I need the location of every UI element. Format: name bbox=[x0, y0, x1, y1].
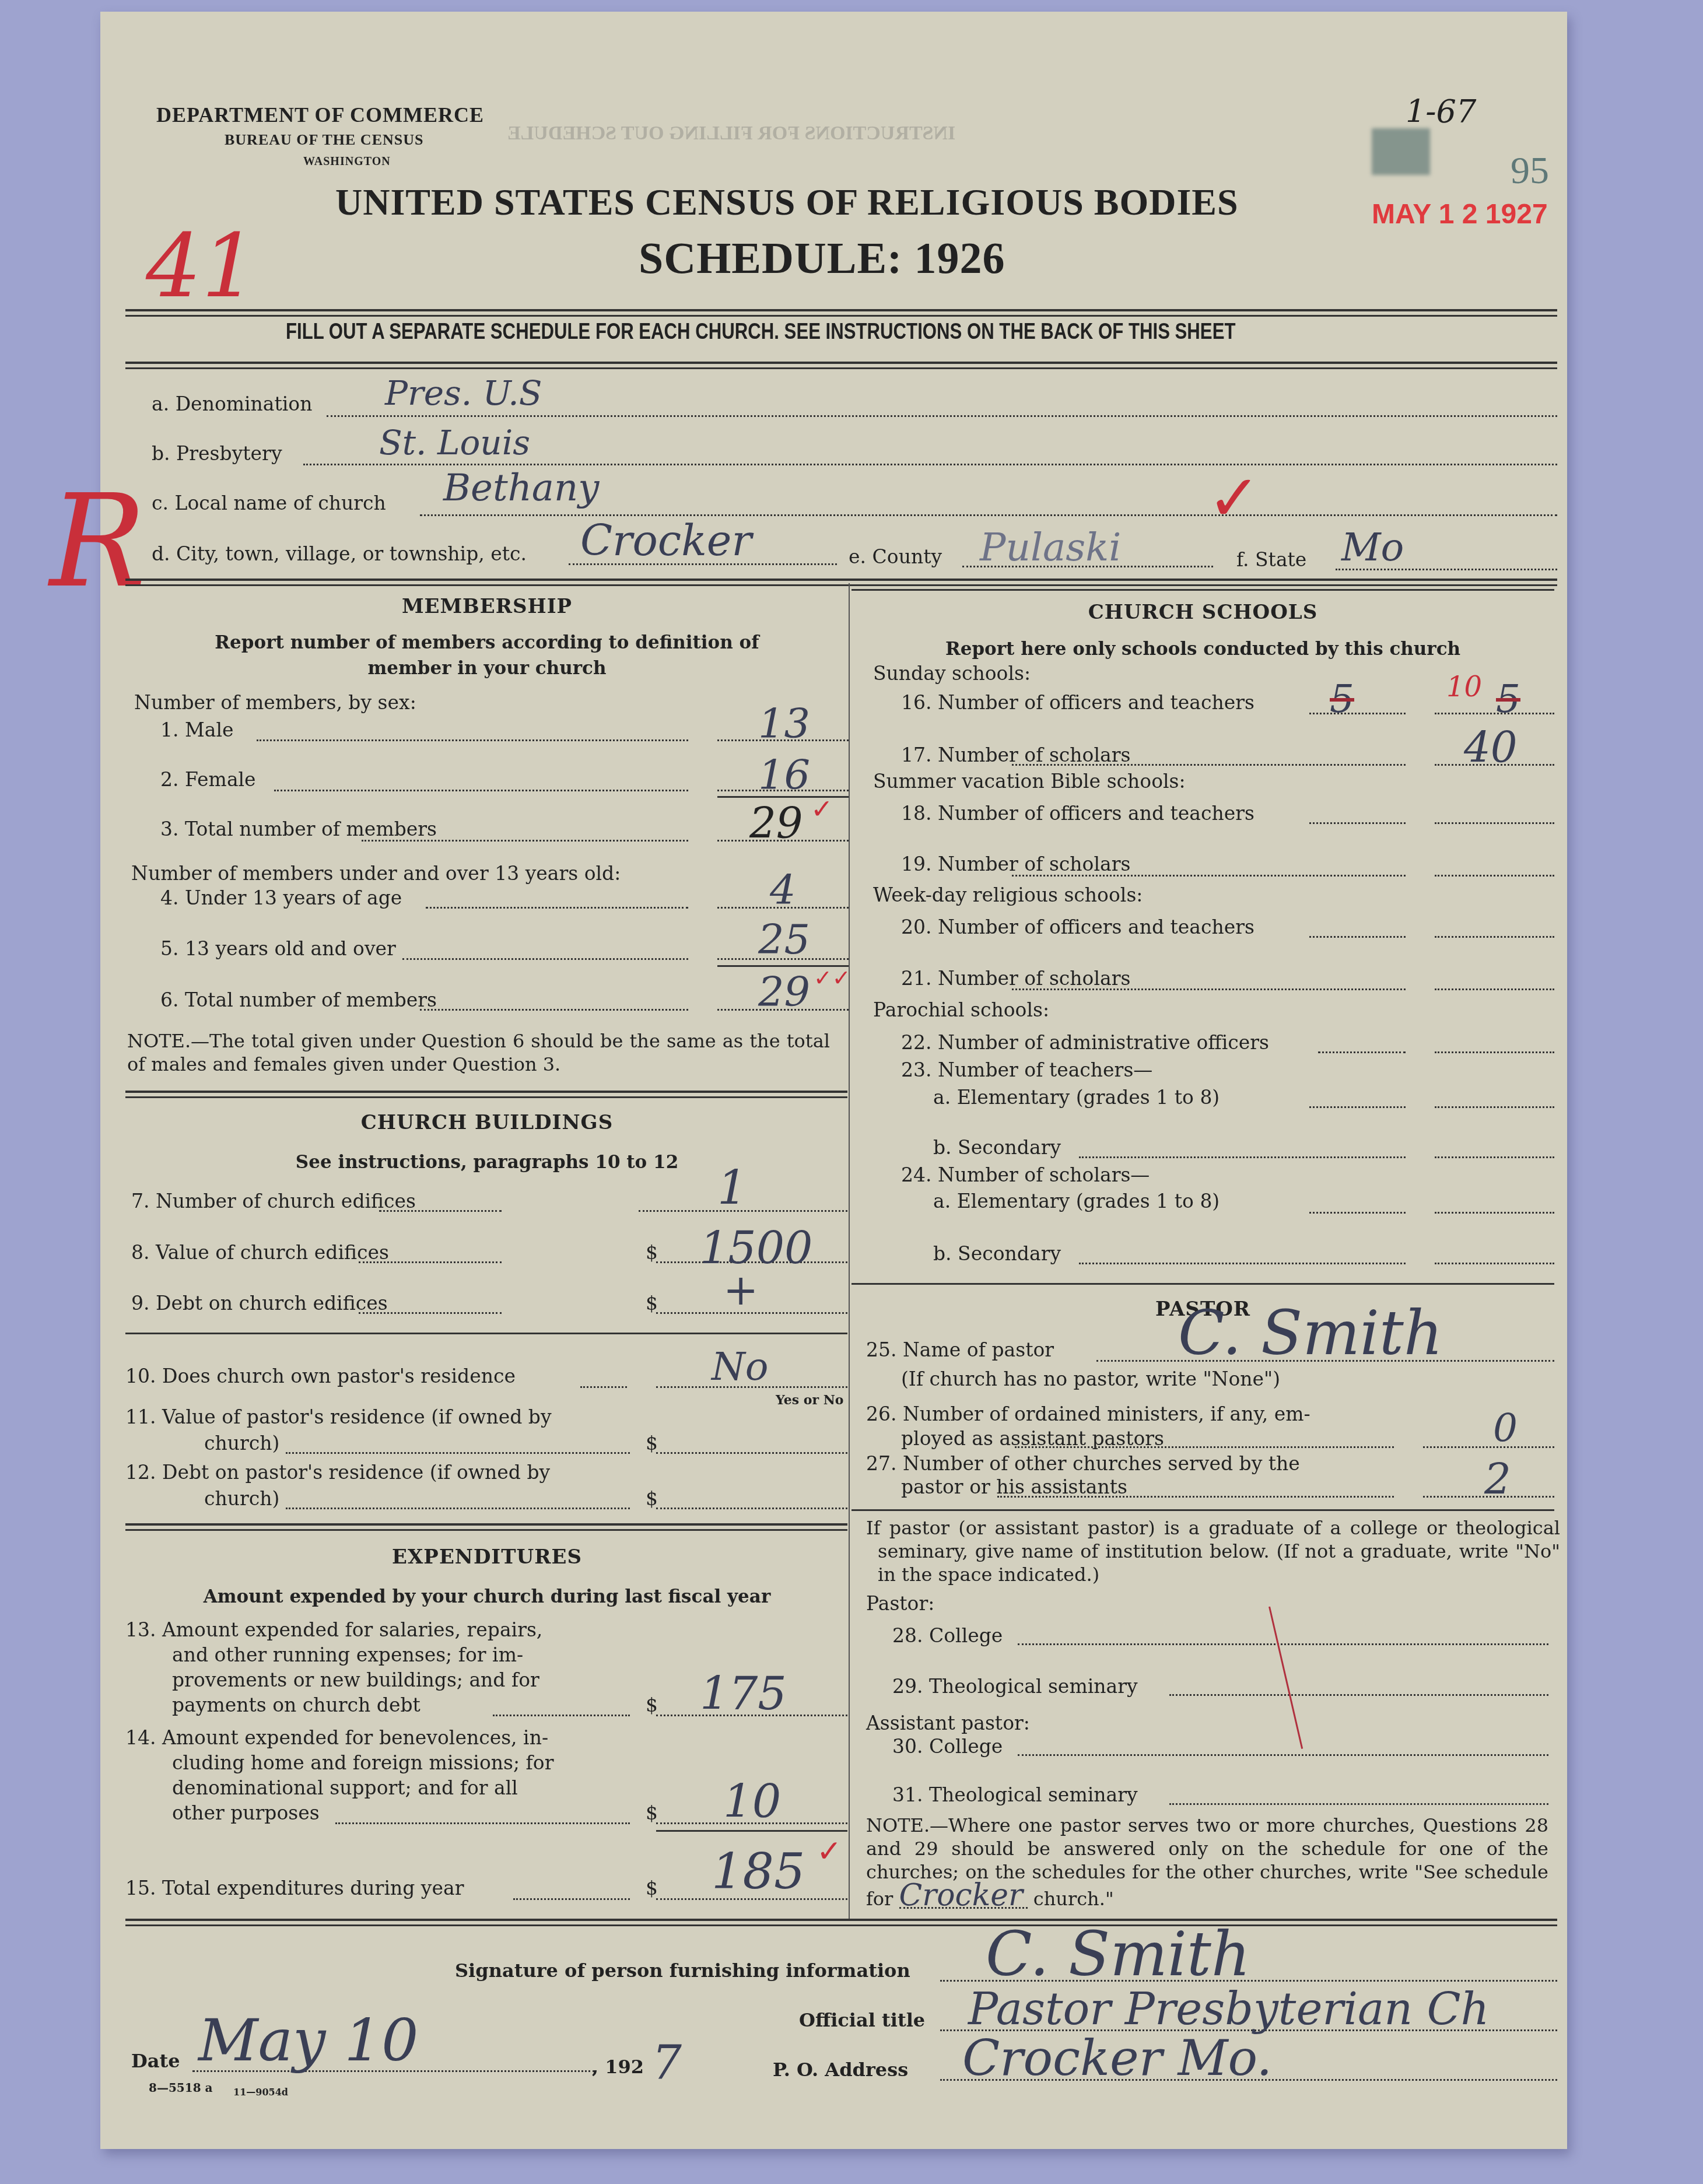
leader-dots bbox=[997, 1496, 1394, 1498]
pastor-name-label: 25. Name of pastor bbox=[866, 1338, 1054, 1361]
q22-field-a[interactable] bbox=[1318, 1051, 1406, 1053]
check-icon: ✓ bbox=[811, 793, 833, 825]
q24-label: 24. Number of scholars— bbox=[901, 1163, 1150, 1186]
signature-value: C. Smith bbox=[986, 1919, 1250, 1990]
bureau-name: BUREAU OF THE CENSUS bbox=[225, 131, 423, 149]
benevolences-label-4: other purposes bbox=[172, 1801, 320, 1824]
schools-heading: CHURCH SCHOOLS bbox=[851, 601, 1554, 624]
edifices-debt-label: 9. Debt on church edifices bbox=[131, 1292, 388, 1314]
divider bbox=[125, 579, 1557, 581]
total-members-2-label: 6. Total number of members bbox=[160, 988, 437, 1011]
q23b-field-b[interactable] bbox=[1435, 1156, 1554, 1158]
residence-debt-label-cont: church) bbox=[204, 1487, 279, 1510]
presbytery-label: b. Presbytery bbox=[152, 442, 282, 465]
q23b-field-a[interactable] bbox=[1079, 1156, 1406, 1158]
male-label: 1. Male bbox=[160, 718, 234, 741]
edifices-count-label: 7. Number of church edifices bbox=[131, 1190, 416, 1212]
residence-value-field[interactable] bbox=[656, 1452, 847, 1454]
q16-field-a[interactable] bbox=[1309, 713, 1406, 714]
presbytery-value: St. Louis bbox=[379, 423, 530, 462]
salaries-value: 175 bbox=[700, 1668, 787, 1720]
stamp-number: 95 bbox=[1511, 149, 1549, 193]
currency-symbol: $ bbox=[646, 1432, 658, 1454]
female-label: 2. Female bbox=[160, 768, 256, 791]
q17-value: 40 bbox=[1464, 723, 1518, 772]
owns-residence-value: No bbox=[712, 1344, 769, 1389]
see-schedule-for-value[interactable]: Crocker bbox=[899, 1884, 1028, 1909]
q21-label: 21. Number of scholars bbox=[901, 967, 1130, 990]
local-name-label: c. Local name of church bbox=[152, 492, 386, 514]
q16-field-b[interactable] bbox=[1435, 713, 1554, 714]
red-file-number: 41 bbox=[146, 216, 257, 317]
leader-dots bbox=[286, 1508, 630, 1509]
q20-field-a[interactable] bbox=[1309, 936, 1406, 938]
expenditures-subheading: Amount expended by your church during la… bbox=[125, 1586, 849, 1607]
red-review-mark: R bbox=[50, 467, 146, 616]
county-label: e. County bbox=[849, 545, 942, 568]
denomination-field[interactable] bbox=[327, 415, 1557, 417]
benevolences-value: 10 bbox=[723, 1776, 781, 1828]
q21-field[interactable] bbox=[1435, 988, 1554, 990]
seminary-label: 29. Theological seminary bbox=[892, 1675, 1138, 1698]
state-value: Mo bbox=[1341, 525, 1404, 570]
seminary-field[interactable] bbox=[1169, 1694, 1548, 1696]
divider bbox=[125, 1091, 847, 1093]
q24a-field-a[interactable] bbox=[1309, 1212, 1406, 1214]
schedule-title: SCHEDULE: 1926 bbox=[639, 233, 1005, 284]
edifices-count-value: 1 bbox=[717, 1161, 747, 1215]
currency-symbol: $ bbox=[646, 1241, 658, 1264]
benevolences-label: 14. Amount expended for benevolences, in… bbox=[125, 1726, 548, 1749]
q23b-label: b. Secondary bbox=[933, 1136, 1061, 1159]
divider bbox=[125, 1333, 847, 1334]
year-value: 7 bbox=[652, 2035, 682, 2090]
divider bbox=[125, 309, 1557, 311]
edifices-debt-value: + bbox=[723, 1265, 758, 1314]
leader-dots bbox=[362, 840, 688, 842]
asst-college-field[interactable] bbox=[1018, 1754, 1548, 1756]
leader-dots bbox=[359, 1312, 502, 1314]
city-name: WASHINGTON bbox=[303, 155, 391, 169]
leader-dots bbox=[493, 1715, 630, 1716]
leader-dots bbox=[359, 1261, 502, 1263]
q23a-label: a. Elementary (grades 1 to 8) bbox=[933, 1086, 1220, 1109]
leader-dots bbox=[1015, 1446, 1394, 1448]
denomination-label: a. Denomination bbox=[152, 392, 312, 415]
pastor-group-label: Pastor: bbox=[866, 1592, 934, 1615]
leader-dots bbox=[286, 1452, 630, 1454]
summer-schools-label: Summer vacation Bible schools: bbox=[873, 770, 1186, 793]
leader-dots bbox=[420, 1009, 688, 1011]
q22-field-b[interactable] bbox=[1435, 1051, 1554, 1053]
q16-label: 16. Number of officers and teachers bbox=[901, 691, 1255, 714]
date-label: Date bbox=[131, 2050, 180, 2072]
benevolences-label-2: cluding home and foreign missions; for bbox=[172, 1751, 553, 1774]
currency-symbol: $ bbox=[646, 1801, 658, 1824]
divider bbox=[125, 362, 1557, 364]
state-label: f. State bbox=[1236, 548, 1306, 571]
po-address-value: Crocker Mo. bbox=[962, 2029, 1272, 2087]
q20-label: 20. Number of officers and teachers bbox=[901, 916, 1255, 938]
date-value: May 10 bbox=[198, 2006, 419, 2074]
q19-label: 19. Number of scholars bbox=[901, 853, 1130, 875]
denomination-value: Pres. U.S bbox=[385, 373, 542, 413]
under-13-value: 4 bbox=[770, 866, 796, 914]
q24a-label: a. Elementary (grades 1 to 8) bbox=[933, 1190, 1220, 1212]
salaries-label: 13. Amount expended for salaries, repair… bbox=[125, 1618, 542, 1641]
red-check-icon: ✓ bbox=[1207, 461, 1261, 535]
other-churches-value: 2 bbox=[1484, 1455, 1511, 1504]
yes-or-no-hint: Yes or No bbox=[776, 1393, 844, 1408]
county-value: Pulaski bbox=[980, 525, 1121, 570]
column-divider bbox=[849, 583, 850, 1919]
divider bbox=[851, 589, 1554, 591]
owns-residence-label: 10. Does church own pastor's residence bbox=[125, 1365, 516, 1387]
check-icon: ✓ bbox=[817, 1834, 842, 1869]
q24b-field-b[interactable] bbox=[1435, 1263, 1554, 1264]
leader-dots bbox=[1012, 764, 1406, 766]
q23a-field-a[interactable] bbox=[1309, 1106, 1406, 1108]
total-members-2-value: 29 bbox=[758, 968, 810, 1016]
leader-dots bbox=[274, 790, 688, 791]
presbytery-field[interactable] bbox=[303, 464, 1557, 465]
pastor-name-value: C. Smith bbox=[1178, 1298, 1443, 1369]
leader-dots bbox=[1012, 875, 1406, 877]
schools-subheading: Report here only schools conducted by th… bbox=[851, 639, 1554, 660]
currency-symbol: $ bbox=[646, 1877, 658, 1899]
department-name: DEPARTMENT OF COMMERCE bbox=[156, 103, 484, 127]
membership-subheading: Report number of members according to de… bbox=[175, 630, 799, 681]
buildings-heading: CHURCH BUILDINGS bbox=[125, 1111, 849, 1134]
q24a-field-b[interactable] bbox=[1435, 1212, 1554, 1214]
city-label: d. City, town, village, or township, etc… bbox=[152, 542, 527, 565]
assistant-pastors-label: 26. Number of ordained ministers, if any… bbox=[866, 1403, 1310, 1425]
currency-symbol: $ bbox=[646, 1292, 658, 1314]
multi-church-note-end: church." bbox=[1033, 1888, 1114, 1910]
over-13-value: 25 bbox=[758, 916, 810, 963]
q23-label: 23. Number of teachers— bbox=[901, 1058, 1152, 1081]
q18-field-b[interactable] bbox=[1435, 822, 1554, 824]
female-value: 16 bbox=[758, 751, 810, 799]
over-13-label: 5. 13 years old and over bbox=[160, 937, 396, 960]
print-number: 11—9054d bbox=[233, 2087, 288, 2098]
city-value: Crocker bbox=[580, 516, 752, 565]
leader-dots bbox=[1012, 988, 1406, 990]
file-reference: 1-67 bbox=[1406, 93, 1476, 130]
benevolences-label-3: denominational support; and for all bbox=[172, 1776, 518, 1799]
total-members-value: 29 bbox=[749, 799, 803, 848]
leader-dots bbox=[402, 958, 688, 960]
total-members-label: 3. Total number of members bbox=[160, 818, 437, 840]
asst-college-label: 30. College bbox=[892, 1735, 1003, 1758]
double-check-icon: ✓✓ bbox=[814, 965, 851, 991]
salaries-label-2: and other running expenses; for im- bbox=[172, 1643, 523, 1666]
assistant-pastors-field[interactable] bbox=[1423, 1446, 1554, 1448]
received-date-stamp: MAY 1 2 1927 bbox=[1372, 198, 1548, 230]
residence-debt-field[interactable] bbox=[656, 1508, 847, 1509]
divider bbox=[125, 1919, 1557, 1921]
q16-value-a: 5 bbox=[1330, 676, 1354, 721]
q16-value-b: 5 bbox=[1496, 676, 1520, 721]
weekday-schools-label: Week-day religious schools: bbox=[873, 884, 1143, 906]
assistant-group-label: Assistant pastor: bbox=[866, 1712, 1030, 1734]
other-churches-label-cont: pastor or his assistants bbox=[901, 1475, 1127, 1498]
residence-debt-label: 12. Debt on pastor's residence (if owned… bbox=[125, 1461, 550, 1484]
leader-dots bbox=[379, 1210, 502, 1212]
male-value: 13 bbox=[758, 700, 810, 748]
salaries-label-4: payments on church debt bbox=[172, 1694, 421, 1716]
by-sex-label: Number of members, by sex: bbox=[134, 691, 416, 714]
divider bbox=[851, 1283, 1554, 1285]
q22-label: 22. Number of administrative officers bbox=[901, 1031, 1269, 1054]
leader-dots bbox=[513, 1898, 630, 1900]
pastor-name-hint: (If church has no pastor, write "None") bbox=[901, 1368, 1280, 1390]
year-prefix: , 192 bbox=[592, 2056, 644, 2078]
college-label: 28. College bbox=[892, 1624, 1003, 1647]
currency-symbol: $ bbox=[646, 1487, 658, 1510]
membership-heading: MEMBERSHIP bbox=[125, 595, 849, 618]
asst-seminary-field[interactable] bbox=[1169, 1803, 1548, 1805]
form-title: UNITED STATES CENSUS OF RELIGIOUS BODIES bbox=[335, 181, 1239, 224]
q23a-field-b[interactable] bbox=[1435, 1106, 1554, 1108]
parochial-schools-label: Parochial schools: bbox=[873, 998, 1049, 1021]
instructions-banner: FILL OUT A SEPARATE SCHEDULE FOR EACH CH… bbox=[286, 320, 1235, 345]
bleed-through-heading: INSTRUCTIONS FOR FILLING OUT SCHEDULE bbox=[507, 122, 955, 145]
q17-label: 17. Number of scholars bbox=[901, 744, 1130, 766]
q16-correction: 10 bbox=[1446, 671, 1482, 703]
currency-symbol: $ bbox=[646, 1694, 658, 1716]
q24b-field-a[interactable] bbox=[1079, 1263, 1406, 1264]
leader-dots bbox=[335, 1822, 630, 1824]
leader-dots bbox=[426, 907, 688, 909]
residence-value-label-cont: church) bbox=[204, 1432, 279, 1454]
local-name-value: Bethany bbox=[443, 467, 599, 510]
sum-rule bbox=[656, 1830, 847, 1832]
q19-field[interactable] bbox=[1435, 875, 1554, 877]
under-13-label: 4. Under 13 years of age bbox=[160, 886, 402, 909]
leader-dots bbox=[580, 1386, 627, 1388]
graduate-note: If pastor (or assistant pastor) is a gra… bbox=[866, 1516, 1560, 1586]
assistant-pastors-value: 0 bbox=[1493, 1405, 1518, 1450]
q20-field-b[interactable] bbox=[1435, 936, 1554, 938]
po-address-label: P. O. Address bbox=[773, 2059, 908, 2081]
q24b-label: b. Secondary bbox=[933, 1242, 1061, 1265]
sunday-schools-label: Sunday schools: bbox=[873, 662, 1031, 685]
blotted-stamp bbox=[1372, 128, 1430, 175]
form-number: 8—5518 a bbox=[149, 2081, 213, 2095]
other-churches-label: 27. Number of other churches served by t… bbox=[866, 1452, 1300, 1475]
total-expenditures-value: 185 bbox=[712, 1843, 805, 1900]
leader-dots bbox=[257, 739, 688, 741]
membership-note: NOTE.—The total given under Question 6 s… bbox=[127, 1029, 830, 1076]
q18-label: 18. Number of officers and teachers bbox=[901, 802, 1255, 825]
official-title-value: Pastor Presbyterian Ch bbox=[968, 1983, 1490, 2035]
edifices-value-label: 8. Value of church edifices bbox=[131, 1241, 389, 1264]
expenditures-heading: EXPENDITURES bbox=[125, 1545, 849, 1569]
multi-church-note: NOTE.—Where one pastor serves two or mor… bbox=[866, 1814, 1548, 1910]
official-title-label: Official title bbox=[799, 2009, 925, 2031]
q18-field-a[interactable] bbox=[1309, 822, 1406, 824]
college-field[interactable] bbox=[1018, 1643, 1548, 1645]
signature-label: Signature of person furnishing informati… bbox=[455, 1959, 910, 1982]
salaries-label-3: provements or new buildings; and for bbox=[172, 1668, 539, 1691]
divider bbox=[851, 1509, 1554, 1511]
residence-value-label: 11. Value of pastor's residence (if owne… bbox=[125, 1405, 552, 1428]
asst-seminary-label: 31. Theological seminary bbox=[892, 1783, 1138, 1806]
divider bbox=[125, 1523, 847, 1526]
by-age-label: Number of members under and over 13 year… bbox=[131, 862, 621, 885]
total-expenditures-label: 15. Total expenditures during year bbox=[125, 1877, 464, 1899]
